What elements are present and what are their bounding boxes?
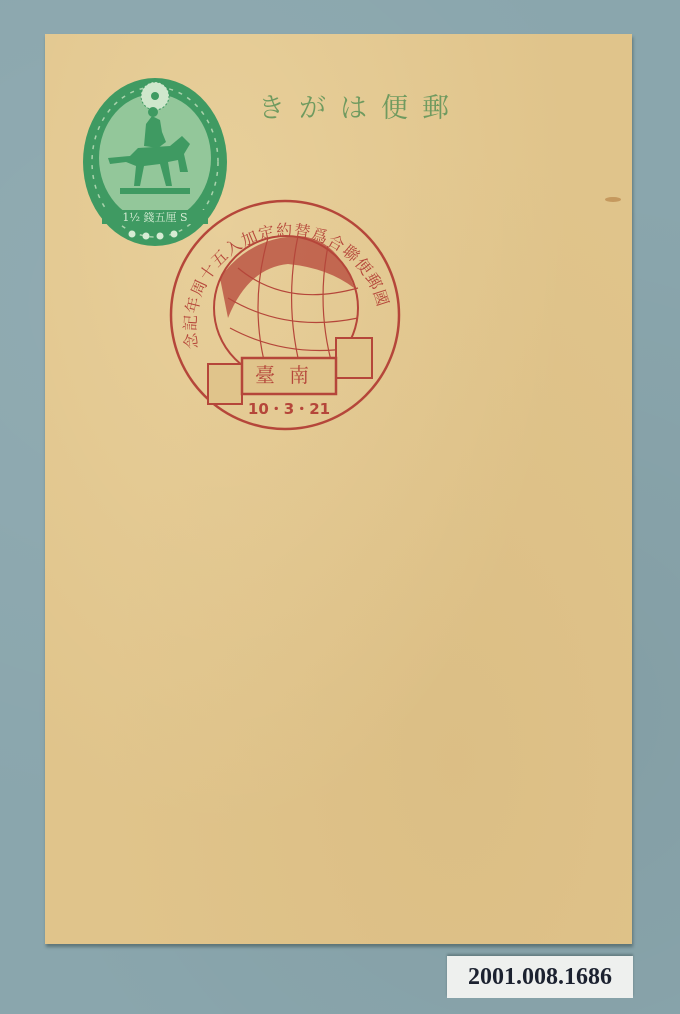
commemorative-postmark: 念記年周十五入加定約替爲合聯便郵國新 臺南 10・3・21 [168, 198, 402, 432]
svg-text:念記年周十五入加定約替爲合聯便郵國新: 念記年周十五入加定約替爲合聯便郵國新 [168, 198, 393, 350]
svg-text:10・3・21: 10・3・21 [248, 400, 330, 418]
svg-text:臺南: 臺南 [255, 363, 323, 387]
catalog-number-label: 2001.008.1686 [447, 956, 633, 998]
chrysanthemum-icon [141, 82, 169, 110]
card-stain [605, 197, 621, 202]
postcard-header: きがは便郵 [258, 86, 463, 125]
